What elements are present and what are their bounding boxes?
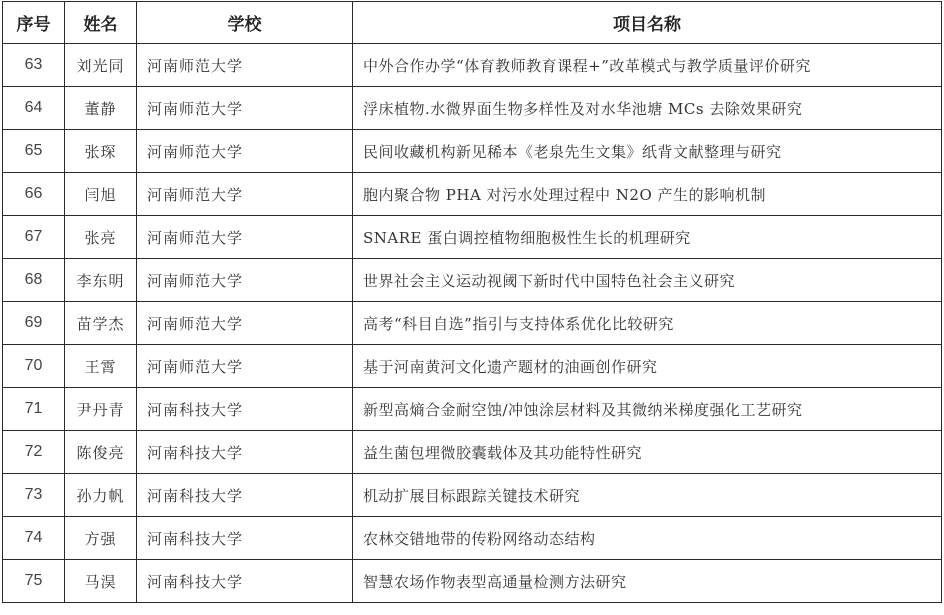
row-index: 69 xyxy=(3,302,65,345)
header-school: 学校 xyxy=(137,2,353,44)
row-index: 66 xyxy=(3,173,65,216)
row-project: 农林交错地带的传粉网络动态结构 xyxy=(353,517,942,560)
table-row: 71 尹丹青 河南科技大学 新型高熵合金耐空蚀/冲蚀涂层材料及其微纳米梯度强化工… xyxy=(3,388,942,431)
row-project: 浮床植物.水微界面生物多样性及对水华池塘 MCs 去除效果研究 xyxy=(353,87,942,130)
row-school: 河南科技大学 xyxy=(137,474,353,517)
row-index: 74 xyxy=(3,517,65,560)
row-name: 陈俊亮 xyxy=(65,431,137,474)
row-index: 64 xyxy=(3,87,65,130)
header-index: 序号 xyxy=(3,2,65,44)
row-index: 75 xyxy=(3,560,65,603)
row-school: 河南科技大学 xyxy=(137,431,353,474)
header-name: 姓名 xyxy=(65,2,137,44)
row-name: 张亮 xyxy=(65,216,137,259)
row-index: 70 xyxy=(3,345,65,388)
table-row: 73 孙力帆 河南科技大学 机动扩展目标跟踪关键技术研究 xyxy=(3,474,942,517)
row-project: 新型高熵合金耐空蚀/冲蚀涂层材料及其微纳米梯度强化工艺研究 xyxy=(353,388,942,431)
row-index: 68 xyxy=(3,259,65,302)
row-index: 71 xyxy=(3,388,65,431)
row-name: 王霄 xyxy=(65,345,137,388)
row-project: 世界社会主义运动视阈下新时代中国特色社会主义研究 xyxy=(353,259,942,302)
table-row: 70 王霄 河南师范大学 基于河南黄河文化遗产题材的油画创作研究 xyxy=(3,345,942,388)
row-name: 马淏 xyxy=(65,560,137,603)
row-name: 李东明 xyxy=(65,259,137,302)
row-name: 张琛 xyxy=(65,130,137,173)
row-school: 河南师范大学 xyxy=(137,302,353,345)
row-name: 尹丹青 xyxy=(65,388,137,431)
row-school: 河南师范大学 xyxy=(137,345,353,388)
table-row: 65 张琛 河南师范大学 民间收藏机构新见稀本《老泉先生文集》纸背文献整理与研究 xyxy=(3,130,942,173)
table-row: 64 董静 河南师范大学 浮床植物.水微界面生物多样性及对水华池塘 MCs 去除… xyxy=(3,87,942,130)
row-school: 河南师范大学 xyxy=(137,87,353,130)
row-project: 高考“科目自选”指引与支持体系优化比较研究 xyxy=(353,302,942,345)
row-project: SNARE 蛋白调控植物细胞极性生长的机理研究 xyxy=(353,216,942,259)
project-list-table: 序号 姓名 学校 项目名称 63 刘光同 河南师范大学 中外合作办学“体育教师教… xyxy=(2,1,942,603)
row-project: 民间收藏机构新见稀本《老泉先生文集》纸背文献整理与研究 xyxy=(353,130,942,173)
row-index: 73 xyxy=(3,474,65,517)
table-row: 66 闫旭 河南师范大学 胞内聚合物 PHA 对污水处理过程中 N2O 产生的影… xyxy=(3,173,942,216)
row-project: 胞内聚合物 PHA 对污水处理过程中 N2O 产生的影响机制 xyxy=(353,173,942,216)
table-row: 63 刘光同 河南师范大学 中外合作办学“体育教师教育课程+”改革模式与教学质量… xyxy=(3,44,942,87)
table-row: 74 方强 河南科技大学 农林交错地带的传粉网络动态结构 xyxy=(3,517,942,560)
row-name: 董静 xyxy=(65,87,137,130)
row-index: 72 xyxy=(3,431,65,474)
row-project: 基于河南黄河文化遗产题材的油画创作研究 xyxy=(353,345,942,388)
row-school: 河南师范大学 xyxy=(137,130,353,173)
row-name: 孙力帆 xyxy=(65,474,137,517)
table-row: 69 苗学杰 河南师范大学 高考“科目自选”指引与支持体系优化比较研究 xyxy=(3,302,942,345)
table-row: 72 陈俊亮 河南科技大学 益生菌包埋微胶囊载体及其功能特性研究 xyxy=(3,431,942,474)
row-project: 机动扩展目标跟踪关键技术研究 xyxy=(353,474,942,517)
row-project: 智慧农场作物表型高通量检测方法研究 xyxy=(353,560,942,603)
row-index: 65 xyxy=(3,130,65,173)
table-row: 68 李东明 河南师范大学 世界社会主义运动视阈下新时代中国特色社会主义研究 xyxy=(3,259,942,302)
row-name: 苗学杰 xyxy=(65,302,137,345)
row-school: 河南师范大学 xyxy=(137,173,353,216)
row-school: 河南科技大学 xyxy=(137,517,353,560)
row-name: 刘光同 xyxy=(65,44,137,87)
row-school: 河南师范大学 xyxy=(137,44,353,87)
row-name: 方强 xyxy=(65,517,137,560)
table-header-row: 序号 姓名 学校 项目名称 xyxy=(3,2,942,44)
table-row: 75 马淏 河南科技大学 智慧农场作物表型高通量检测方法研究 xyxy=(3,560,942,603)
row-index: 67 xyxy=(3,216,65,259)
row-name: 闫旭 xyxy=(65,173,137,216)
row-project: 中外合作办学“体育教师教育课程+”改革模式与教学质量评价研究 xyxy=(353,44,942,87)
row-school: 河南师范大学 xyxy=(137,216,353,259)
row-school: 河南科技大学 xyxy=(137,388,353,431)
row-index: 63 xyxy=(3,44,65,87)
row-school: 河南科技大学 xyxy=(137,560,353,603)
row-project: 益生菌包埋微胶囊载体及其功能特性研究 xyxy=(353,431,942,474)
header-project: 项目名称 xyxy=(353,2,942,44)
table-row: 67 张亮 河南师范大学 SNARE 蛋白调控植物细胞极性生长的机理研究 xyxy=(3,216,942,259)
row-school: 河南师范大学 xyxy=(137,259,353,302)
